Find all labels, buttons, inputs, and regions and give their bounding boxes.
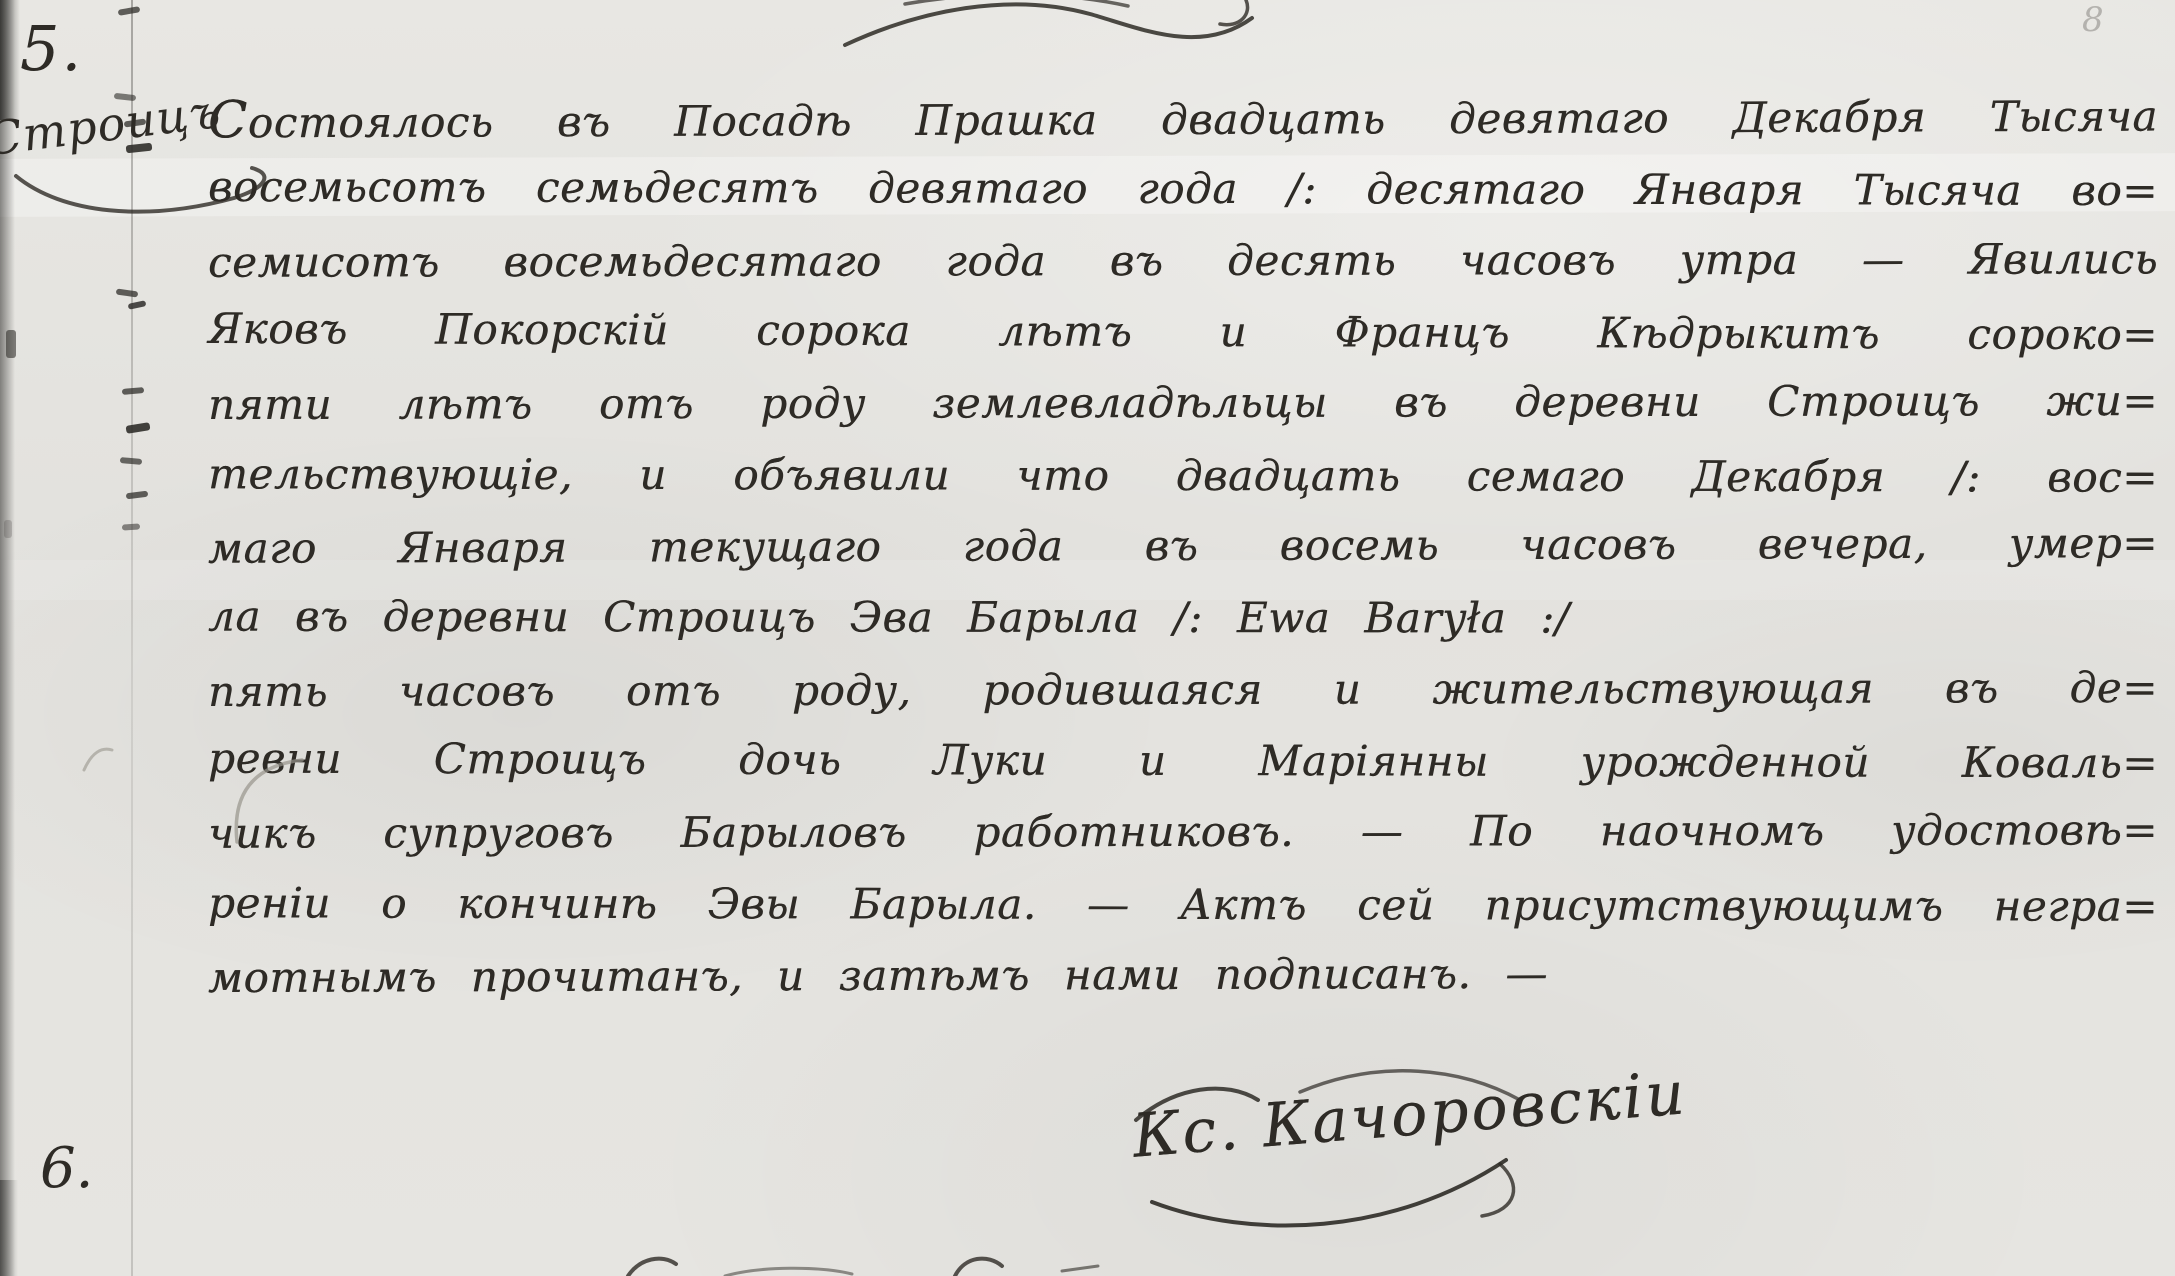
record-text-line: восемьсотъ семьдесятъ девятаго года /: д… — [208, 153, 2158, 229]
ink-speck — [4, 520, 12, 538]
record-text-line: чикъ супруговъ Барыловъ работниковъ. — П… — [208, 797, 2158, 872]
record-text-line: ревни Строицъ дочь Луки и Маріянны урожд… — [208, 725, 2158, 801]
binding-stitch-mark — [122, 523, 140, 530]
page-edge-shadow-bottom — [0, 1180, 18, 1276]
record-text-line: реніи о кончинѣ Эвы Барыла. — Актъ сей п… — [208, 870, 2158, 945]
record-text-block: Состоялось въ Посадѣ Прашка двадцать дев… — [208, 84, 2158, 1014]
record-text-line: пяти лѣтъ отъ роду землевладѣльцы въ дер… — [208, 368, 2158, 444]
record-text-line: маго Января текущаго года въ восемь часо… — [208, 510, 2158, 587]
record-text-line: семисотъ восемьдесятаго года въ десять ч… — [208, 226, 2158, 301]
document-page: 5. Строицъ 6. 8 Состоялось въ Посадѣ Пра… — [0, 0, 2175, 1276]
binding-crease — [131, 0, 133, 1276]
page-edge-shadow-top — [0, 0, 20, 120]
registrar-signature: Кс. Качоровскіи — [1130, 1058, 1689, 1171]
binding-stitch-mark — [126, 491, 149, 500]
next-entry-number: 6. — [40, 1136, 93, 1201]
binding-stitch-mark — [126, 422, 151, 434]
ink-speck — [6, 330, 16, 358]
binding-stitch-mark — [116, 288, 139, 297]
page-corner-mark: 8 — [2082, 0, 2104, 40]
next-entry-partial-stroke — [628, 1259, 1098, 1276]
binding-stitch-mark — [120, 457, 142, 465]
record-text-line: ла въ деревни Строицъ Эва Барыла /: Ewa … — [208, 583, 2158, 657]
record-text-line: тельствующіе, и объявили что двадцать се… — [208, 441, 2158, 516]
margin-place-name: Строицъ — [0, 84, 224, 166]
record-text-line: мотнымъ прочитанъ, и затѣмъ нами подписа… — [208, 939, 2158, 1017]
record-text-line: Яковъ Покорскій сорока лѣтъ и Францъ Кѣд… — [208, 295, 2158, 373]
entry-number: 5. — [20, 12, 83, 85]
binding-stitch-mark — [118, 6, 141, 16]
record-text-line: пять часовъ отъ роду, родившаяся и жител… — [208, 655, 2158, 731]
page-left-edge-shadow — [0, 0, 15, 1276]
binding-stitch-mark — [122, 387, 144, 395]
previous-entry-flourish — [845, 0, 1252, 45]
record-text-line: Состоялось въ Посадѣ Прашка двадцать дев… — [208, 81, 2158, 159]
